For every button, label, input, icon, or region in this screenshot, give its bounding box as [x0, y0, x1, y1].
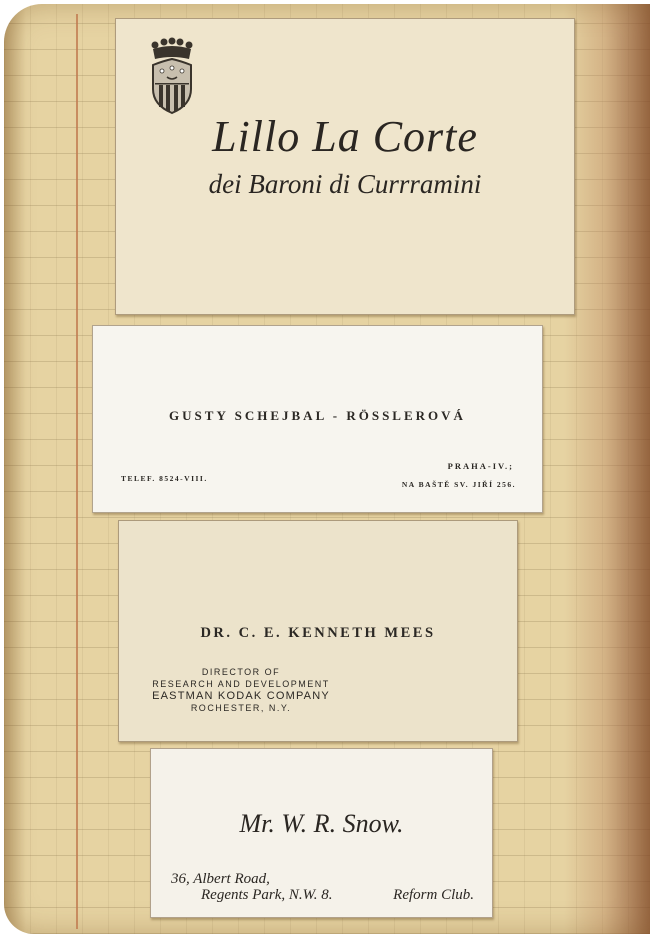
card-telephone: TELEF. 8524-VIII. — [121, 474, 208, 483]
card-title: dei Baroni di Currramini — [116, 169, 574, 200]
card-location: ROCHESTER, N.Y. — [141, 702, 341, 714]
calling-card-mees: DR. C. E. KENNETH MEES DIRECTOR OF RESEA… — [118, 520, 518, 742]
card-company: EASTMAN KODAK COMPANY — [141, 690, 341, 702]
card-department: RESEARCH AND DEVELOPMENT — [141, 678, 341, 690]
card-club: Reform Club. — [393, 887, 474, 904]
card-affiliation: DIRECTOR OF RESEARCH AND DEVELOPMENT EAS… — [141, 666, 341, 714]
calling-card-snow: Mr. W. R. Snow. 36, Albert Road, Regents… — [150, 748, 493, 918]
calling-card-la-corte: Lillo La Corte dei Baroni di Currramini — [115, 18, 575, 315]
card-address-line2: Regents Park, N.W. 8. — [201, 887, 333, 904]
card-position: DIRECTOR OF — [141, 666, 341, 678]
coat-of-arms-icon — [149, 37, 195, 115]
calling-card-schejbal: GUSTY SCHEJBAL - RÖSSLEROVÁ TELEF. 8524-… — [92, 325, 543, 513]
margin-rule-line — [76, 14, 78, 929]
card-address: NA BAŠTĚ SV. JIŘÍ 256. — [402, 480, 516, 489]
card-name: DR. C. E. KENNETH MEES — [119, 625, 517, 642]
card-name: Lillo La Corte — [116, 111, 574, 162]
card-name: Mr. W. R. Snow. — [151, 809, 492, 839]
card-address-line1: 36, Albert Road, — [171, 871, 270, 888]
card-city: PRAHA-IV.; — [448, 461, 514, 471]
card-name: GUSTY SCHEJBAL - RÖSSLEROVÁ — [93, 408, 542, 424]
